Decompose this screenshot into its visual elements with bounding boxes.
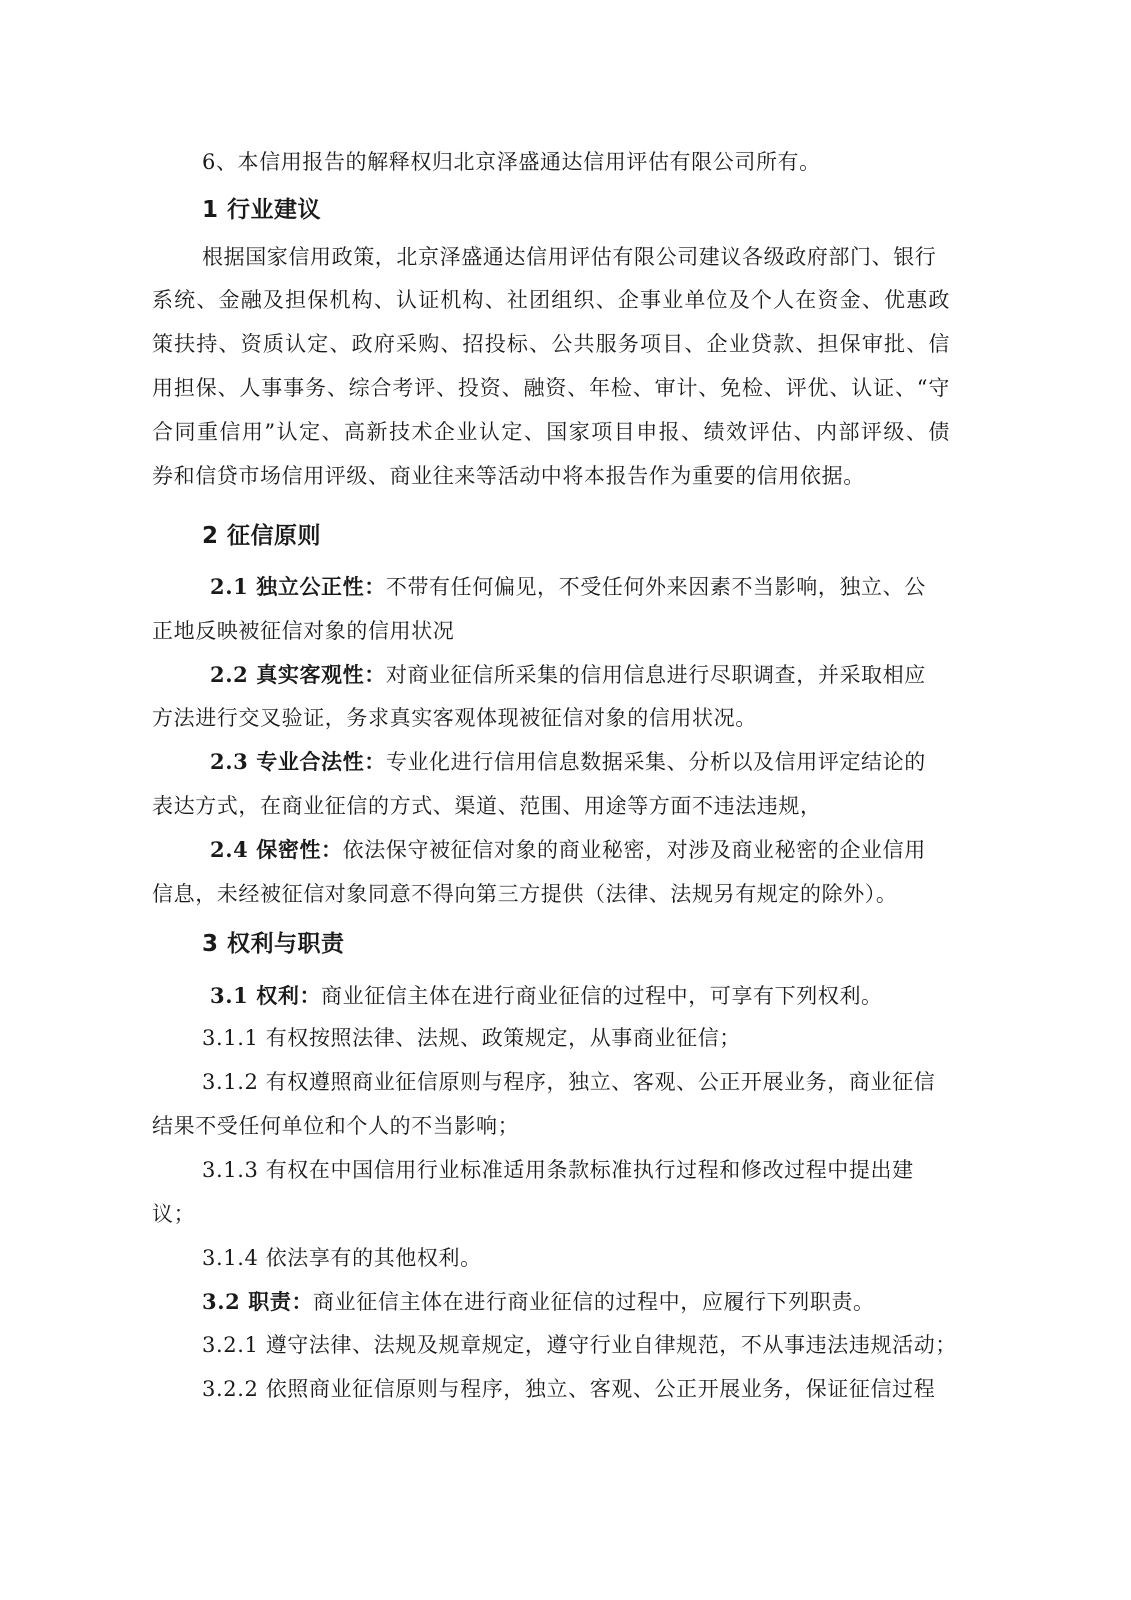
duties-text: 商业征信主体在进行商业征信的过程中，应履行下列职责。: [313, 1290, 875, 1314]
principle-item-3: 2.3 专业合法性：专业化进行信用信息数据采集、分析以及信用评定结论的: [210, 748, 926, 776]
rights-item-2-cont: 结果不受任何单位和个人的不当影响；: [152, 1112, 519, 1140]
duties-intro: 3.2 职责：商业征信主体在进行商业征信的过程中，应履行下列职责。: [202, 1288, 875, 1316]
rights-item-2: 3.1.2 有权遵照商业征信原则与程序，独立、客观、公正开展业务，商业征信: [202, 1068, 935, 1096]
duties-item-2: 3.2.2 依照商业征信原则与程序，独立、客观、公正开展业务，保证征信过程: [202, 1375, 935, 1403]
principle-item-4: 2.4 保密性：依法保守被征信对象的商业秘密，对涉及商业秘密的企业信用: [210, 836, 926, 864]
rights-item-3: 3.1.3 有权在中国信用行业标准适用条款标准执行过程和修改过程中提出建: [202, 1156, 914, 1184]
section-1-paragraph-line: 用担保、人事事务、综合考评、投资、融资、年检、审计、免检、评优、认证、“守: [152, 374, 950, 402]
principle-text: 专业化进行信用信息数据采集、分析以及信用评定结论的: [386, 750, 926, 774]
principle-item-1-cont: 正地反映被征信对象的信用状况: [152, 617, 454, 645]
principle-item-4-cont: 信息，未经被征信对象同意不得向第三方提供（法律、法规另有规定的除外）。: [152, 880, 898, 908]
principle-text: 不带有任何偏见，不受任何外来因素不当影响，独立、公: [386, 575, 926, 599]
principle-label: 2.4 保密性：: [210, 837, 343, 862]
rights-item-3-cont: 议；: [152, 1200, 195, 1228]
rights-item-1: 3.1.1 有权按照法律、法规、政策规定，从事商业征信；: [202, 1024, 741, 1052]
principle-item-1: 2.1 独立公正性：不带有任何偏见，不受任何外来因素不当影响，独立、公: [210, 573, 926, 601]
section-1-heading: 1 行业建议: [202, 196, 321, 224]
principle-text: 对商业征信所采集的信用信息进行尽职调查，并采取相应: [386, 663, 926, 687]
section-3-heading: 3 权利与职责: [202, 930, 345, 958]
section-1-paragraph-line: 系统、金融及担保机构、认证机构、社团组织、企事业单位及个人在资金、优惠政: [152, 286, 950, 314]
principle-text: 依法保守被征信对象的商业秘密，对涉及商业秘密的企业信用: [343, 838, 926, 862]
principle-label: 2.2 真实客观性：: [210, 662, 386, 687]
principle-label: 2.1 独立公正性：: [210, 574, 386, 599]
rights-intro: 3.1 权利：商业征信主体在进行商业征信的过程中，可享有下列权利。: [210, 982, 883, 1010]
principle-label: 2.3 专业合法性：: [210, 749, 386, 774]
rights-text: 商业征信主体在进行商业征信的过程中，可享有下列权利。: [321, 984, 883, 1008]
duties-item-1: 3.2.1 遵守法律、法规及规章规定，遵守行业自律规范，不从事违法违规活动；: [202, 1331, 957, 1359]
principle-item-3-cont: 表达方式，在商业征信的方式、渠道、范围、用途等方面不违法违规，: [152, 792, 822, 820]
section-1-paragraph-line: 合同重信用”认定、高新技术企业认定、国家项目申报、绩效评估、内部评级、债: [152, 418, 950, 446]
section-2-heading: 2 征信原则: [202, 522, 321, 550]
rights-item-4: 3.1.4 依法享有的其他权利。: [202, 1244, 482, 1272]
duties-label: 3.2 职责：: [202, 1289, 313, 1314]
section-1-paragraph-line: 券和信贷市场信用评级、商业往来等活动中将本报告作为重要的信用依据。: [152, 462, 865, 490]
rights-label: 3.1 权利：: [210, 983, 321, 1008]
section-1-paragraph-line: 策扶持、资质认定、政府采购、招投标、公共服务项目、企业贷款、担保审批、信: [152, 330, 950, 358]
section-1-paragraph-line: 根据国家信用政策，北京泽盛通达信用评估有限公司建议各级政府部门、银行: [202, 243, 950, 271]
principle-item-2-cont: 方法进行交叉验证，务求真实客观体现被征信对象的信用状况。: [152, 704, 757, 732]
intro-item-6: 6、本信用报告的解释权归北京泽盛通达信用评估有限公司所有。: [202, 148, 821, 176]
principle-item-2: 2.2 真实客观性：对商业征信所采集的信用信息进行尽职调查，并采取相应: [210, 661, 926, 689]
